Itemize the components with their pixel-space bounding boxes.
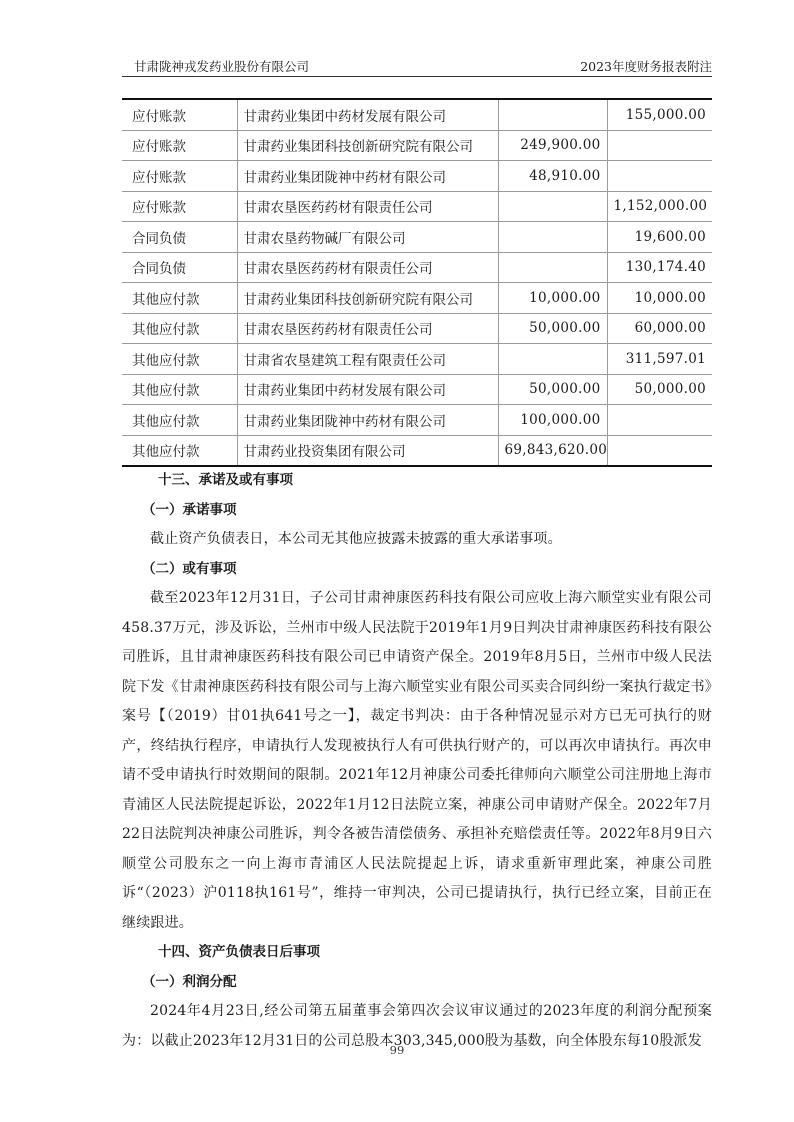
- header-company: 甘肃陇神戎发药业股份有限公司: [134, 57, 309, 75]
- item-cell: 合同负债: [122, 222, 237, 253]
- section-14-1-heading: （一）利润分配: [122, 968, 712, 998]
- page-header: 甘肃陇神戎发药业股份有限公司 2023年度财务报表附注: [122, 56, 712, 77]
- item-cell: 其他应付款: [122, 313, 237, 344]
- begin-balance-cell: 311,597.01: [607, 344, 712, 375]
- begin-balance-cell: [607, 405, 712, 436]
- table-row: 合同负债甘肃农垦医药药材有限责任公司130,174.40: [122, 252, 712, 283]
- item-cell: 应付账款: [122, 99, 237, 130]
- end-balance-cell: 69,843,620.00: [498, 435, 607, 466]
- table-row: 其他应付款甘肃省农垦建筑工程有限责任公司311,597.01: [122, 344, 712, 375]
- party-cell: 甘肃药业集团陇神中药材有限公司: [237, 405, 498, 436]
- begin-balance-cell: [607, 161, 712, 192]
- end-balance-cell: 50,000.00: [498, 374, 607, 405]
- party-cell: 甘肃农垦药物碱厂有限公司: [237, 222, 498, 253]
- item-cell: 其他应付款: [122, 405, 237, 436]
- table-row: 其他应付款甘肃药业集团科技创新研究院有限公司10,000.0010,000.00: [122, 283, 712, 314]
- section-13-2-heading: （二）或有事项: [122, 555, 712, 585]
- begin-balance-cell: [607, 130, 712, 161]
- begin-balance-cell: 10,000.00: [607, 283, 712, 314]
- end-balance-cell: [498, 99, 607, 130]
- end-balance-cell: 48,910.00: [498, 161, 607, 192]
- end-balance-cell: 100,000.00: [498, 405, 607, 436]
- table-row: 合同负债甘肃农垦药物碱厂有限公司19,600.00: [122, 222, 712, 253]
- end-balance-cell: [498, 252, 607, 283]
- end-balance-cell: 50,000.00: [498, 313, 607, 344]
- party-cell: 甘肃药业集团中药材发展有限公司: [237, 99, 498, 130]
- item-cell: 其他应付款: [122, 344, 237, 375]
- party-cell: 甘肃药业集团科技创新研究院有限公司: [237, 130, 498, 161]
- party-cell: 甘肃药业投资集团有限公司: [237, 435, 498, 466]
- header-doc-title: 2023年度财务报表附注: [580, 57, 712, 75]
- table-row: 其他应付款甘肃药业集团中药材发展有限公司50,000.0050,000.00: [122, 374, 712, 405]
- item-cell: 其他应付款: [122, 283, 237, 314]
- section-13-1-heading: （一）承诺事项: [122, 496, 712, 526]
- begin-balance-cell: 1,152,000.00: [607, 191, 712, 222]
- page-number: 99: [0, 1043, 794, 1057]
- begin-balance-cell: 19,600.00: [607, 222, 712, 253]
- party-cell: 甘肃农垦医药药材有限责任公司: [237, 313, 498, 344]
- party-cell: 甘肃省农垦建筑工程有限责任公司: [237, 344, 498, 375]
- begin-balance-cell: 130,174.40: [607, 252, 712, 283]
- party-cell: 甘肃农垦医药药材有限责任公司: [237, 191, 498, 222]
- item-cell: 其他应付款: [122, 374, 237, 405]
- end-balance-cell: 10,000.00: [498, 283, 607, 314]
- table-row: 应付账款甘肃药业集团科技创新研究院有限公司249,900.00: [122, 130, 712, 161]
- item-cell: 应付账款: [122, 191, 237, 222]
- end-balance-cell: 249,900.00: [498, 130, 607, 161]
- section-13-1-text: 截止资产负债表日，本公司无其他应披露未披露的重大承诺事项。: [122, 525, 712, 555]
- section-14-heading: 十四、资产负债表日后事项: [122, 938, 712, 968]
- table-row: 其他应付款甘肃药业投资集团有限公司69,843,620.00: [122, 435, 712, 466]
- party-cell: 甘肃药业集团中药材发展有限公司: [237, 374, 498, 405]
- item-cell: 应付账款: [122, 130, 237, 161]
- item-cell: 合同负债: [122, 252, 237, 283]
- document-body: 十三、承诺及或有事项 （一）承诺事项 截止资产负债表日，本公司无其他应披露未披露…: [122, 466, 712, 1056]
- table-row: 应付账款甘肃药业集团中药材发展有限公司155,000.00: [122, 99, 712, 130]
- party-cell: 甘肃药业集团科技创新研究院有限公司: [237, 283, 498, 314]
- table-row: 其他应付款甘肃药业集团陇神中药材有限公司100,000.00: [122, 405, 712, 436]
- section-13-2-text: 截至2023年12月31日，子公司甘肃神康医药科技有限公司应收上海六顺堂实业有限…: [122, 584, 712, 938]
- party-cell: 甘肃农垦医药药材有限责任公司: [237, 252, 498, 283]
- item-cell: 应付账款: [122, 161, 237, 192]
- item-cell: 其他应付款: [122, 435, 237, 466]
- party-cell: 甘肃药业集团陇神中药材有限公司: [237, 161, 498, 192]
- table-row: 其他应付款甘肃农垦医药药材有限责任公司50,000.0060,000.00: [122, 313, 712, 344]
- related-party-payables-table: 应付账款甘肃药业集团中药材发展有限公司155,000.00应付账款甘肃药业集团科…: [122, 98, 712, 467]
- end-balance-cell: [498, 222, 607, 253]
- begin-balance-cell: 60,000.00: [607, 313, 712, 344]
- section-13-heading: 十三、承诺及或有事项: [122, 466, 712, 496]
- end-balance-cell: [498, 344, 607, 375]
- begin-balance-cell: [607, 435, 712, 466]
- begin-balance-cell: 155,000.00: [607, 99, 712, 130]
- table-row: 应付账款甘肃农垦医药药材有限责任公司1,152,000.00: [122, 191, 712, 222]
- end-balance-cell: [498, 191, 607, 222]
- begin-balance-cell: 50,000.00: [607, 374, 712, 405]
- table-row: 应付账款甘肃药业集团陇神中药材有限公司48,910.00: [122, 161, 712, 192]
